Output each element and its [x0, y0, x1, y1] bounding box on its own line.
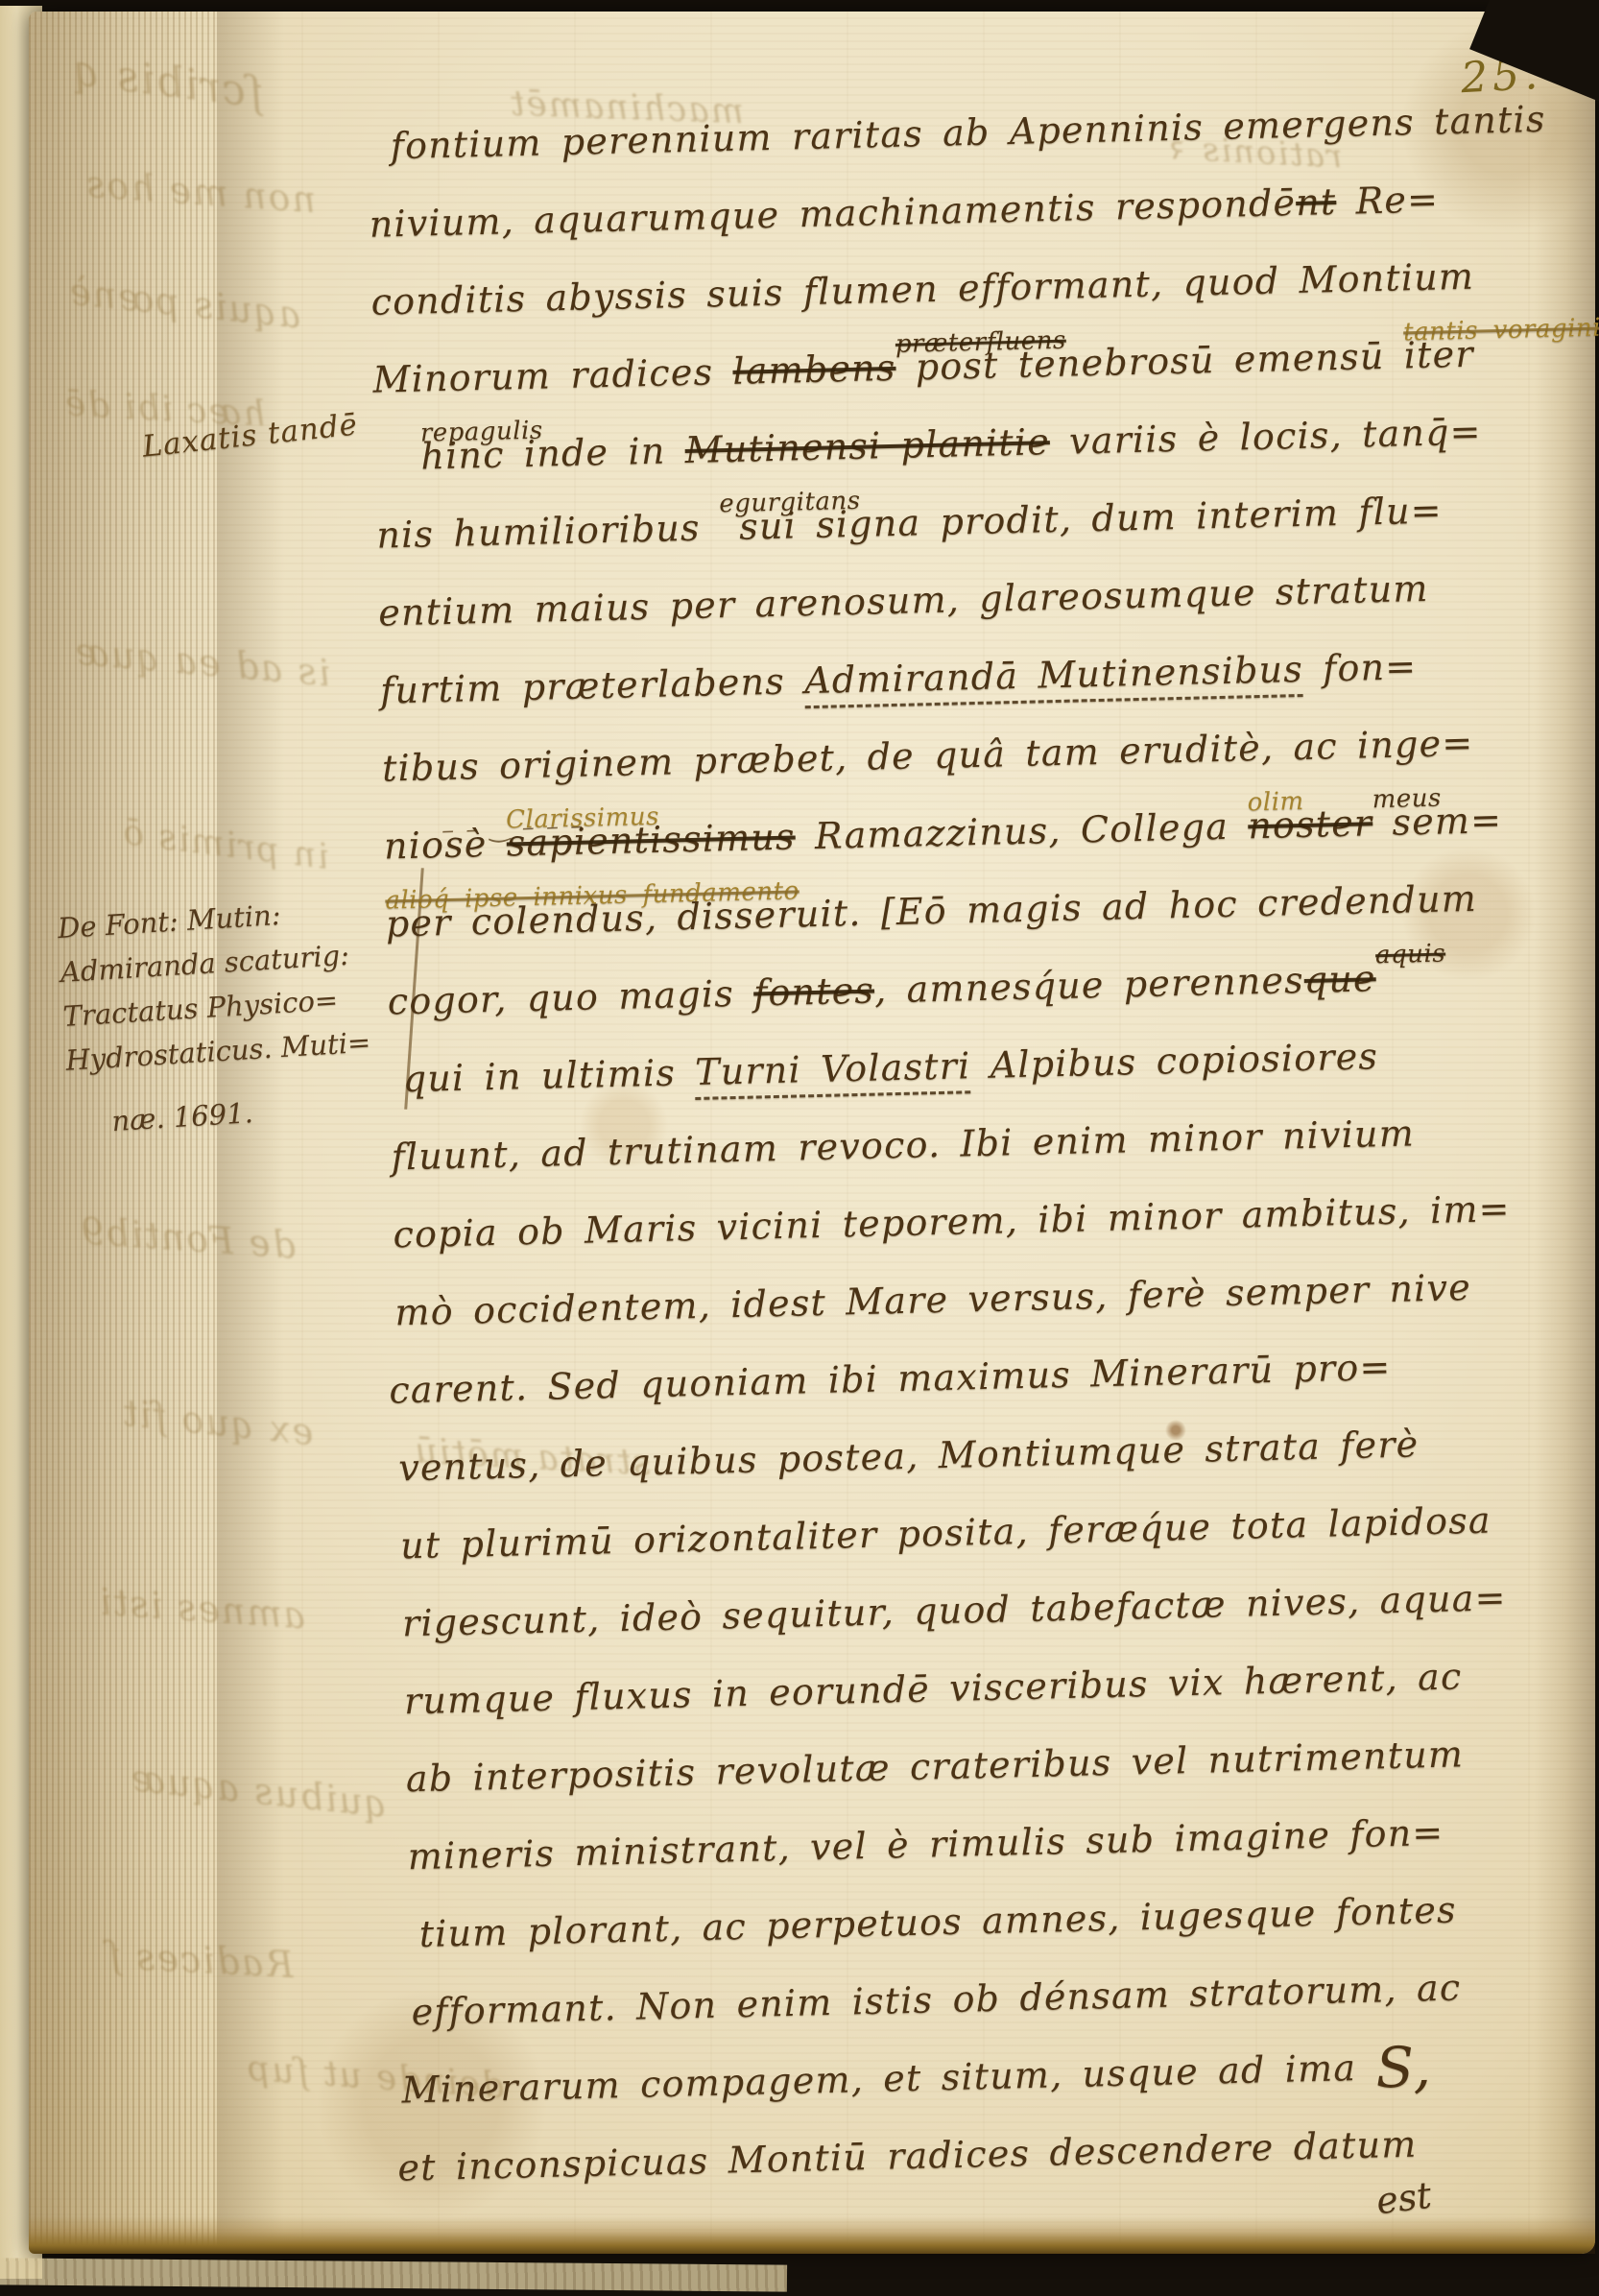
text-segment: entium maius per arenosum, glareosumque … — [378, 567, 1429, 634]
struck-text-segment: lambens — [732, 347, 896, 393]
text-segment: ab interpositis revolutæ crateribus vel … — [405, 1733, 1464, 1800]
manuscript-photo: ſcribis qnon me hosaquis pœnèhæc ibi dēm… — [0, 0, 1599, 2296]
text-segment: tibus originem præbet, de quâ tam erudit… — [382, 722, 1474, 790]
text-segment: carent. Sed quoniam ibi maximus Minerarū… — [389, 1346, 1392, 1412]
text-segment: ut plurimū orizontaliter posita, feræq́u… — [400, 1499, 1492, 1567]
text-segment: Minorum radices — [372, 350, 733, 401]
text-segment: ventus, de quibus postea, Montiumque str… — [398, 1423, 1420, 1489]
text-segment: Minerarum compagem, et situm, usque ad i… — [401, 2046, 1376, 2112]
text-segment: tium plorant, ac perpetuos amnes, iugesq… — [418, 1889, 1457, 1955]
text-segment: mò occidentem, idest Mare versus, ferè s… — [394, 1266, 1471, 1333]
text-segment: fon= — [1302, 645, 1417, 690]
text-segment: , amnesq́ue perennes — [874, 959, 1305, 1012]
text-segment: mineris ministrant, vel è rimulis sub im… — [407, 1811, 1444, 1877]
text-segment: nis humilioribus — [376, 506, 721, 556]
text-segment: S, — [1375, 2034, 1433, 2100]
text-segment: Re= — [1336, 178, 1440, 223]
lower-pages-edge — [0, 2258, 787, 2291]
struck-text-segment: nt — [1296, 180, 1337, 224]
text-segment: Admirandā Mutinensibus — [804, 648, 1304, 702]
text-segment: Ramazzinus, Collega — [795, 804, 1249, 857]
text-segment: fontium perennium raritas ab Apenninis e… — [390, 98, 1546, 167]
text-segment: cogor, quo magis — [387, 972, 753, 1023]
text-segment: rigescunt, ideò sequitur, quod tabefactæ… — [402, 1576, 1507, 1644]
text-segment: conditis abyssis suis flumen efformant, … — [370, 255, 1474, 323]
text-block: fontium perennium raritas ab Apenninis e… — [357, 84, 1572, 2210]
text-segment: Turni Volastri — [695, 1044, 971, 1093]
text-segment: rumque fluxus in eorundē visceribus vix … — [404, 1655, 1463, 1722]
text-segment: furtim præterlabens — [380, 659, 805, 711]
page-edge-bottom — [29, 2215, 1595, 2254]
manuscript-page: ſcribis qnon me hosaquis pœnèhæc ibi dēm… — [29, 12, 1595, 2254]
text-segment: variis è locis, tanq̄= — [1049, 410, 1482, 463]
struck-text-segment: fontes — [753, 969, 875, 1015]
catchword: est — [1374, 2174, 1434, 2223]
text-segment: qui in ultimis — [402, 1051, 696, 1100]
text-segment: Alpibus copiosiores — [970, 1035, 1379, 1087]
text-segment: et inconspicuas Montiū radices descender… — [397, 2123, 1418, 2189]
struck-text-segment: que — [1303, 957, 1376, 1001]
struck-text-segment: Mutinensi planitie — [684, 420, 1050, 471]
text-segment: copia ob Maris vicini teporem, ibi minor… — [393, 1187, 1511, 1256]
text-segment: fluunt, ad trutinam revoco. Ibi enim min… — [391, 1112, 1415, 1178]
text-segment: nivium, aquarumque machinamentis respond… — [369, 181, 1296, 246]
text-segment: efformant. Non enim istis ob dénsam stra… — [411, 1966, 1462, 2033]
text-segment: niosè — [384, 823, 508, 868]
